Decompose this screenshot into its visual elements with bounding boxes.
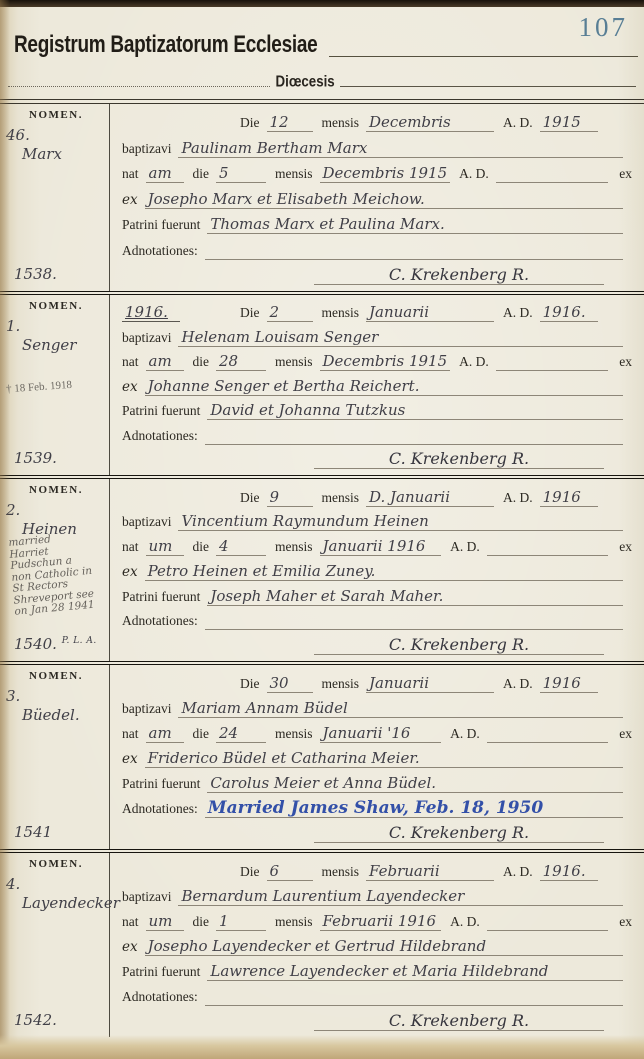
baptism-month: Februarii bbox=[366, 863, 494, 881]
nat-suffix: am bbox=[146, 353, 184, 371]
baptism-year: 1916 bbox=[540, 489, 598, 507]
ex-label: ex bbox=[122, 751, 145, 768]
entry-body: 1916. Die 2 mensis Januarii A. D. 1916. … bbox=[110, 295, 644, 475]
record-number-value: 1538. bbox=[14, 265, 57, 283]
priest-signature: C. Krekenberg R. bbox=[314, 824, 604, 843]
die-label: Die bbox=[240, 490, 267, 507]
scan-bottom-edge bbox=[0, 1035, 644, 1059]
ad-label: A. D. bbox=[503, 864, 540, 881]
parents-names: Josepho Layendecker et Gertrud Hildebran… bbox=[145, 938, 623, 956]
margin-entry-number: 1. bbox=[6, 317, 106, 335]
patrini-label: Patrini fuerunt bbox=[122, 217, 207, 234]
birth-day: 4 bbox=[216, 538, 266, 556]
die-label: Die bbox=[240, 676, 267, 693]
birth-month-year: Januarii '16 bbox=[320, 725, 442, 743]
birth-day: 24 bbox=[216, 725, 266, 743]
ad-label: A. D. bbox=[503, 305, 540, 322]
parents-names: Petro Heinen et Emilia Zuney. bbox=[145, 563, 623, 581]
page-number: 107 bbox=[579, 12, 629, 43]
nomen-label: NOMEN. bbox=[6, 858, 106, 870]
parents-row: ex Josepho Marx et Elisabeth Meichow. bbox=[122, 183, 632, 208]
priest-signature: C. Krekenberg R. bbox=[314, 1012, 604, 1031]
nat-label: nat bbox=[122, 166, 146, 183]
patrini-label: Patrini fuerunt bbox=[122, 964, 207, 981]
baptism-day: 2 bbox=[267, 304, 313, 322]
parents-names: Friderico Büdel et Catharina Meier. bbox=[145, 750, 623, 768]
mensis-label: mensis bbox=[322, 864, 367, 881]
birth-month-year: Februarii 1916 bbox=[320, 913, 442, 931]
die-small-label: die bbox=[193, 914, 217, 931]
date-row: Die 9 mensis D. Januarii A. D. 1916 bbox=[122, 482, 632, 507]
patrini-label: Patrini fuerunt bbox=[122, 403, 207, 420]
ex-label: ex bbox=[122, 939, 145, 956]
record-number-value: 1540. bbox=[14, 635, 57, 653]
baptism-entry: NOMEN. 3. Büedel. 1541 Die 30 mensis Jan… bbox=[0, 661, 644, 849]
nomen-label: NOMEN. bbox=[6, 670, 106, 682]
birth-row: nat am die 5 mensis Decembris 1915 A. D.… bbox=[122, 158, 632, 183]
nat-suffix: am bbox=[146, 725, 184, 743]
nomen-label: NOMEN. bbox=[6, 484, 106, 496]
nat-label: nat bbox=[122, 726, 146, 743]
margin-surname: Büedel. bbox=[22, 706, 106, 724]
date-row: Die 6 mensis Februarii A. D. 1916. bbox=[122, 856, 632, 881]
nat-label: nat bbox=[122, 539, 146, 556]
baptized-name: Vincentium Raymundum Heinen bbox=[178, 513, 623, 531]
nomen-label: NOMEN. bbox=[6, 300, 106, 312]
die-small-label: die bbox=[193, 354, 217, 371]
ex-label: ex bbox=[122, 379, 145, 396]
scan-left-edge bbox=[0, 0, 10, 1059]
birth-day: 1 bbox=[216, 913, 266, 931]
baptized-name: Mariam Annam Büdel bbox=[178, 700, 623, 718]
margin-column: NOMEN. 3. Büedel. 1541 bbox=[0, 665, 110, 849]
mensis-label: mensis bbox=[322, 305, 367, 322]
diocese-label: Diœcesis bbox=[272, 72, 339, 90]
margin-entry-number: 3. bbox=[6, 687, 106, 705]
record-number: 1540. P. L. A. bbox=[6, 635, 106, 653]
baptism-entries: NOMEN. 46. Marx 1538. Die 12 mensis Dece… bbox=[0, 104, 644, 1037]
date-row: Die 12 mensis Decembris A. D. 1915 bbox=[122, 107, 632, 132]
record-number: 1538. bbox=[6, 265, 106, 283]
patrini-label: Patrini fuerunt bbox=[122, 589, 207, 606]
annotation-value: Married James Shaw, Feb. 18, 1950 bbox=[205, 800, 623, 818]
baptizavi-label: baptizavi bbox=[122, 701, 178, 718]
nat-label: nat bbox=[122, 914, 146, 931]
nat-suffix: um bbox=[146, 913, 184, 931]
annotations-row: Adnotationes: Married James Shaw, Feb. 1… bbox=[122, 793, 632, 818]
adnotationes-label: Adnotationes: bbox=[122, 801, 205, 818]
birth-mensis-label: mensis bbox=[275, 914, 320, 931]
margin-death-note: † 18 Feb. 1918 bbox=[6, 377, 107, 396]
year-note: 1916. bbox=[122, 304, 180, 322]
baptizavi-row: baptizavi Mariam Annam Büdel bbox=[122, 693, 632, 718]
die-label: Die bbox=[240, 864, 267, 881]
ad-label: A. D. bbox=[503, 676, 540, 693]
sponsors-names: Thomas Marx et Paulina Marx. bbox=[207, 216, 623, 234]
margin-column: NOMEN. 46. Marx 1538. bbox=[0, 104, 110, 291]
ad-label: A. D. bbox=[503, 115, 540, 132]
adnotationes-label: Adnotationes: bbox=[122, 243, 205, 260]
birth-row: nat am die 28 mensis Decembris 1915 A. D… bbox=[122, 347, 632, 371]
scan-top-shadow bbox=[0, 0, 644, 7]
baptism-month: Januarii bbox=[366, 304, 494, 322]
baptizavi-label: baptizavi bbox=[122, 514, 178, 531]
birth-ad-label: A. D. bbox=[450, 914, 487, 931]
baptism-entry: NOMEN. 1. Senger † 18 Feb. 1918 1539. 19… bbox=[0, 291, 644, 475]
baptism-year: 1915 bbox=[540, 114, 598, 132]
die-small-label: die bbox=[193, 539, 217, 556]
patrini-label: Patrini fuerunt bbox=[122, 776, 207, 793]
record-number-value: 1539. bbox=[14, 449, 57, 467]
margin-pencil-notes: marriedHarrietPudschun anon Catholic inS… bbox=[8, 529, 113, 618]
birth-month-year: Decembris 1915 bbox=[320, 353, 451, 371]
nat-label: nat bbox=[122, 354, 146, 371]
sponsors-row: Patrini fuerunt Thomas Marx et Paulina M… bbox=[122, 209, 632, 234]
die-label: Die bbox=[240, 115, 267, 132]
birth-mensis-label: mensis bbox=[275, 354, 320, 371]
margin-entry-number: 46. bbox=[6, 126, 106, 144]
birth-ad-label: A. D. bbox=[450, 539, 487, 556]
birth-ad-label: A. D. bbox=[459, 166, 496, 183]
entry-body: Die 9 mensis D. Januarii A. D. 1916 bapt… bbox=[110, 479, 644, 661]
signature-row: C. Krekenberg R. bbox=[122, 818, 632, 843]
ex-right-label: ex bbox=[617, 539, 632, 556]
nomen-label: NOMEN. bbox=[6, 109, 106, 121]
nat-suffix: um bbox=[146, 538, 184, 556]
priest-signature: C. Krekenberg R. bbox=[314, 450, 604, 469]
sponsors-row: Patrini fuerunt Lawrence Layendecker et … bbox=[122, 956, 632, 981]
record-number: 1542. bbox=[6, 1011, 106, 1029]
record-number-value: 1541 bbox=[14, 823, 52, 841]
ex-right-label: ex bbox=[617, 726, 632, 743]
baptism-entry: NOMEN. 4. Layendecker 1542. Die 6 mensis… bbox=[0, 849, 644, 1037]
signature-row: C. Krekenberg R. bbox=[122, 260, 632, 285]
record-number: 1541 bbox=[6, 823, 106, 841]
ex-right-label: ex bbox=[617, 166, 632, 183]
baptism-year: 1916 bbox=[540, 675, 598, 693]
baptizavi-row: baptizavi Paulinam Bertham Marx bbox=[122, 132, 632, 157]
sponsors-names: Joseph Maher et Sarah Maher. bbox=[207, 588, 623, 606]
birth-row: nat um die 1 mensis Februarii 1916 A. D.… bbox=[122, 906, 632, 931]
entry-body: Die 12 mensis Decembris A. D. 1915 bapti… bbox=[110, 104, 644, 291]
margin-column: NOMEN. 2. Heinen marriedHarrietPudschun … bbox=[0, 479, 110, 661]
ex-right-label: ex bbox=[617, 354, 632, 371]
sponsors-names: Carolus Meier et Anna Büdel. bbox=[207, 775, 623, 793]
birth-mensis-label: mensis bbox=[275, 539, 320, 556]
parents-row: ex Johanne Senger et Bertha Reichert. bbox=[122, 371, 632, 395]
mensis-label: mensis bbox=[322, 490, 367, 507]
baptism-entry: NOMEN. 46. Marx 1538. Die 12 mensis Dece… bbox=[0, 104, 644, 291]
title-underline bbox=[329, 56, 638, 57]
register-page: 107 Registrum Baptizatorum Ecclesiae Diœ… bbox=[0, 0, 644, 1059]
baptizavi-label: baptizavi bbox=[122, 141, 178, 158]
baptism-entry: NOMEN. 2. Heinen marriedHarrietPudschun … bbox=[0, 475, 644, 661]
baptized-name: Helenam Louisam Senger bbox=[178, 329, 623, 347]
priest-signature: C. Krekenberg R. bbox=[314, 636, 604, 655]
baptism-month: Januarii bbox=[366, 675, 494, 693]
baptism-day: 6 bbox=[267, 863, 313, 881]
baptizavi-label: baptizavi bbox=[122, 889, 178, 906]
birth-mensis-label: mensis bbox=[275, 726, 320, 743]
die-small-label: die bbox=[193, 726, 217, 743]
title-row: Registrum Baptizatorum Ecclesiae bbox=[14, 36, 638, 59]
adnotationes-label: Adnotationes: bbox=[122, 989, 205, 1006]
mensis-label: mensis bbox=[322, 676, 367, 693]
margin-entry-number: 4. bbox=[6, 875, 106, 893]
margin-surname: Marx bbox=[22, 145, 106, 163]
birth-day: 28 bbox=[216, 353, 266, 371]
die-small-label: die bbox=[193, 166, 217, 183]
record-number-note: P. L. A. bbox=[62, 636, 97, 646]
annotations-row: Adnotationes: bbox=[122, 981, 632, 1006]
diocese-leader-line bbox=[8, 86, 270, 87]
parents-names: Josepho Marx et Elisabeth Meichow. bbox=[145, 191, 623, 209]
record-number-value: 1542. bbox=[14, 1011, 57, 1029]
diocese-row: Diœcesis bbox=[8, 74, 636, 90]
baptism-year: 1916. bbox=[540, 304, 598, 322]
diocese-trailing-line bbox=[340, 86, 636, 87]
signature-row: C. Krekenberg R. bbox=[122, 445, 632, 469]
baptism-month: D. Januarii bbox=[366, 489, 494, 507]
date-row: 1916. Die 2 mensis Januarii A. D. 1916. bbox=[122, 298, 632, 322]
baptizavi-row: baptizavi Vincentium Raymundum Heinen bbox=[122, 507, 632, 532]
annotations-row: Adnotationes: bbox=[122, 234, 632, 259]
ex-label: ex bbox=[122, 192, 145, 209]
birth-month-year: Januarii 1916 bbox=[320, 538, 442, 556]
annotations-row: Adnotationes: bbox=[122, 606, 632, 631]
die-label: Die bbox=[240, 305, 267, 322]
baptizavi-row: baptizavi Helenam Louisam Senger bbox=[122, 322, 632, 346]
record-number: 1539. bbox=[6, 449, 106, 467]
birth-day: 5 bbox=[216, 165, 266, 183]
margin-entry-number: 2. bbox=[6, 501, 106, 519]
baptism-year: 1916. bbox=[540, 863, 598, 881]
birth-row: nat um die 4 mensis Januarii 1916 A. D. … bbox=[122, 531, 632, 556]
baptizavi-label: baptizavi bbox=[122, 330, 178, 347]
adnotationes-label: Adnotationes: bbox=[122, 613, 205, 630]
baptized-name: Bernardum Laurentium Layendecker bbox=[178, 888, 623, 906]
entry-body: Die 6 mensis Februarii A. D. 1916. bapti… bbox=[110, 853, 644, 1037]
margin-surname: Layendecker bbox=[22, 894, 106, 912]
annotations-row: Adnotationes: bbox=[122, 420, 632, 444]
parents-names: Johanne Senger et Bertha Reichert. bbox=[145, 378, 623, 396]
priest-signature: C. Krekenberg R. bbox=[314, 266, 604, 285]
baptizavi-row: baptizavi Bernardum Laurentium Layendeck… bbox=[122, 881, 632, 906]
date-row: Die 30 mensis Januarii A. D. 1916 bbox=[122, 668, 632, 693]
ad-label: A. D. bbox=[503, 490, 540, 507]
signature-row: C. Krekenberg R. bbox=[122, 630, 632, 655]
margin-surname: Senger bbox=[22, 336, 106, 354]
ex-right-label: ex bbox=[617, 914, 632, 931]
margin-column: NOMEN. 4. Layendecker 1542. bbox=[0, 853, 110, 1037]
sponsors-names: Lawrence Layendecker et Maria Hildebrand bbox=[207, 963, 623, 981]
birth-month-year: Decembris 1915 bbox=[320, 165, 451, 183]
parents-row: ex Josepho Layendecker et Gertrud Hildeb… bbox=[122, 931, 632, 956]
entry-body: Die 30 mensis Januarii A. D. 1916 baptiz… bbox=[110, 665, 644, 849]
adnotationes-label: Adnotationes: bbox=[122, 428, 205, 445]
parents-row: ex Friderico Büdel et Catharina Meier. bbox=[122, 743, 632, 768]
birth-ad-label: A. D. bbox=[459, 354, 496, 371]
nat-suffix: am bbox=[146, 165, 184, 183]
birth-row: nat am die 24 mensis Januarii '16 A. D. … bbox=[122, 718, 632, 743]
birth-ad-label: A. D. bbox=[450, 726, 487, 743]
ex-label: ex bbox=[122, 564, 145, 581]
sponsors-row: Patrini fuerunt Joseph Maher et Sarah Ma… bbox=[122, 581, 632, 606]
page-title: Registrum Baptizatorum Ecclesiae bbox=[14, 32, 317, 59]
birth-mensis-label: mensis bbox=[275, 166, 320, 183]
signature-row: C. Krekenberg R. bbox=[122, 1006, 632, 1031]
baptism-month: Decembris bbox=[366, 114, 494, 132]
mensis-label: mensis bbox=[322, 115, 367, 132]
parents-row: ex Petro Heinen et Emilia Zuney. bbox=[122, 556, 632, 581]
baptism-day: 9 bbox=[267, 489, 313, 507]
sponsors-names: David et Johanna Tutzkus bbox=[207, 402, 623, 420]
baptized-name: Paulinam Bertham Marx bbox=[178, 140, 623, 158]
baptism-day: 12 bbox=[267, 114, 313, 132]
sponsors-row: Patrini fuerunt David et Johanna Tutzkus bbox=[122, 396, 632, 420]
margin-column: NOMEN. 1. Senger † 18 Feb. 1918 1539. bbox=[0, 295, 110, 475]
sponsors-row: Patrini fuerunt Carolus Meier et Anna Bü… bbox=[122, 768, 632, 793]
baptism-day: 30 bbox=[267, 675, 313, 693]
